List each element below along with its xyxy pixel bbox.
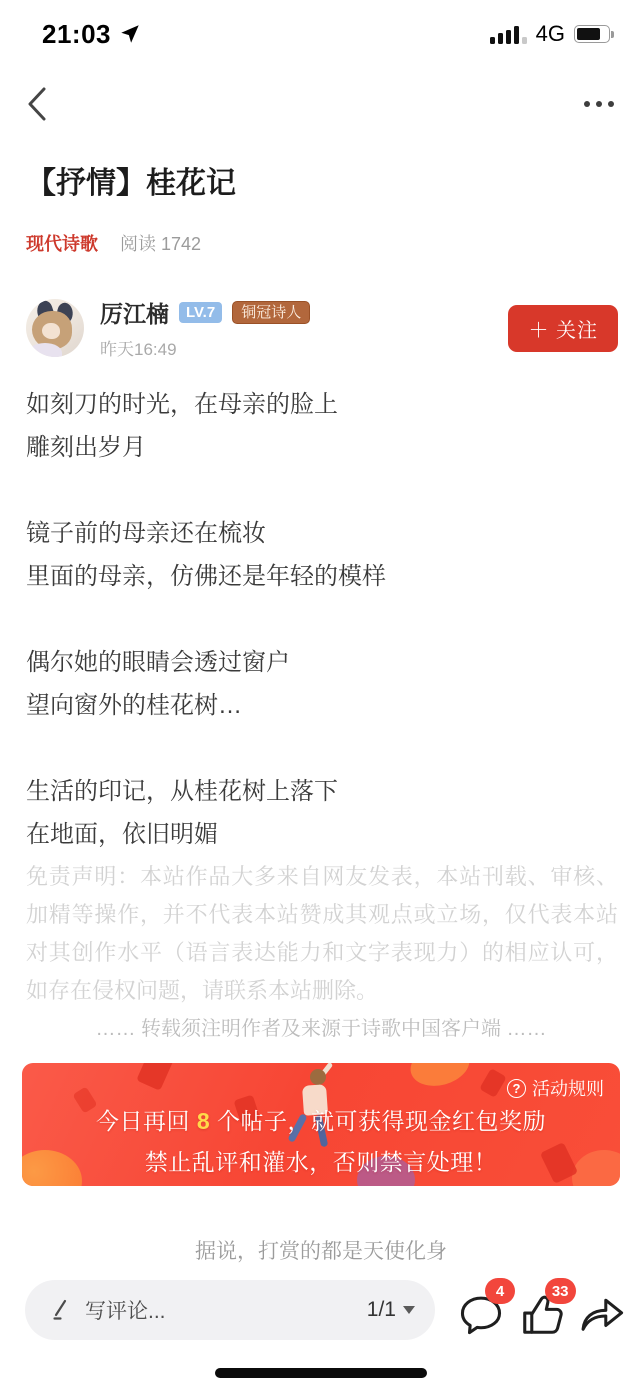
cellular-signal-icon: [490, 24, 527, 44]
red-packet-illustration: [136, 1063, 174, 1091]
chevron-left-icon: [26, 86, 48, 122]
person-illustration: [310, 1069, 326, 1085]
bottom-action-bar: 写评论... 1/1 4 33: [0, 1272, 642, 1348]
disclaimer-text: 免责声明：本站作品大多来自网友发表，本站刊载、审核、加精等操作，并不代表本站赞成…: [26, 858, 618, 1010]
activity-rules-label: 活动规则: [532, 1075, 604, 1101]
back-button[interactable]: [26, 84, 62, 124]
person-illustration: [316, 1063, 333, 1082]
activity-rules-link[interactable]: 活动规则: [507, 1075, 604, 1101]
home-indicator[interactable]: [215, 1368, 427, 1378]
banner-message-line1: 今日再回 8 个帖子，就可获得现金红包奖励: [22, 1103, 620, 1136]
poem-body: 如刻刀的时光，在母亲的脸上 雕刻出岁月 镜子前的母亲还在梳妆 里面的母亲，仿佛还…: [26, 383, 616, 856]
honor-badge: 铜冠诗人: [232, 301, 310, 324]
nav-bar: [0, 80, 642, 128]
location-arrow-icon: [119, 23, 141, 45]
post-time: 昨天16:49: [100, 335, 508, 360]
author-name[interactable]: 厉江楠: [100, 296, 169, 329]
read-count: 阅读 1742: [120, 230, 201, 256]
comment-input[interactable]: 写评论... 1/1: [25, 1280, 435, 1340]
level-badge: LV.7: [179, 302, 222, 323]
like-count-badge: 33: [545, 1278, 576, 1304]
red-packet-illustration: [479, 1068, 507, 1098]
more-options-button[interactable]: [582, 84, 616, 124]
reward-hint: 据说，打赏的都是天使化身: [0, 1235, 642, 1265]
page-selector[interactable]: 1/1: [367, 1298, 415, 1322]
network-type-label: 4G: [536, 21, 565, 47]
reprint-notice: …… 转载须注明作者及来源于诗歌中国客户端 ……: [0, 1012, 642, 1041]
question-circle-icon: [507, 1079, 526, 1098]
page-indicator: 1/1: [367, 1298, 396, 1322]
comment-count-badge: 4: [485, 1278, 515, 1304]
share-button[interactable]: [576, 1282, 628, 1338]
battery-icon: [574, 25, 614, 43]
avatar[interactable]: [26, 299, 84, 357]
share-arrow-icon: [578, 1294, 626, 1338]
status-bar: 21:03 4G: [0, 16, 642, 52]
pencil-icon: [49, 1298, 73, 1322]
article-meta: 现代诗歌 阅读 1742: [26, 230, 616, 256]
banner-illustration: [406, 1063, 474, 1092]
comments-button[interactable]: 4: [455, 1282, 507, 1338]
like-button[interactable]: 33: [516, 1282, 568, 1338]
page-title: 【抒情】桂花记: [26, 158, 616, 202]
author-row: 厉江楠 LV.7 铜冠诗人 昨天16:49 ＋ 关注: [26, 296, 618, 360]
activity-banner[interactable]: 活动规则 今日再回 8 个帖子，就可获得现金红包奖励 禁止乱评和灌水，否则禁言处…: [22, 1063, 620, 1186]
comment-placeholder: 写评论...: [85, 1295, 367, 1325]
follow-button[interactable]: ＋ 关注: [508, 305, 618, 352]
category-tag[interactable]: 现代诗歌: [26, 230, 98, 256]
clock: 21:03: [42, 19, 111, 50]
chevron-down-icon: [403, 1306, 415, 1314]
banner-message-line2: 禁止乱评和灌水，否则禁言处理！: [22, 1144, 620, 1177]
reply-count-highlight: 8: [197, 1108, 210, 1134]
